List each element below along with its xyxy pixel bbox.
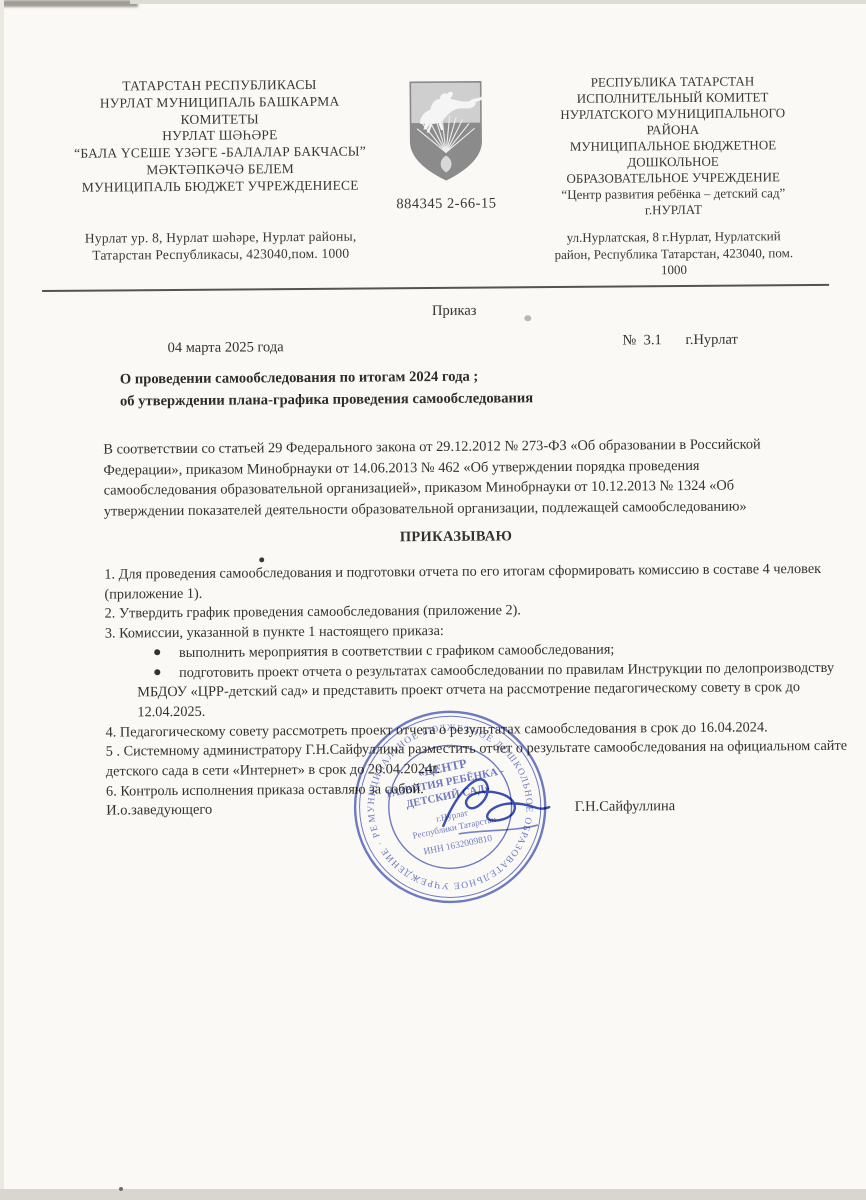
order-title-line: об утверждении плана-графика проведения … xyxy=(120,388,533,413)
divider-line xyxy=(42,284,829,292)
address-line: Татарстан Республикасы, 423040,пом. 1000 xyxy=(65,244,377,263)
order-title: О проведении самообследования по итогам … xyxy=(120,366,534,412)
letterhead-left-line: “БАЛА ҮСЕШЕ ҮЗӘГЕ -БАЛАЛАР БАКЧАСЫ” xyxy=(64,144,376,163)
scanned-order-page: ТАТАРСТАН РЕСПУБЛИКАСЫ НУРЛАТ МУНИЦИПАЛЬ… xyxy=(0,0,866,1200)
order-place: г.Нурлат xyxy=(685,332,737,349)
bullet-icon: ● xyxy=(153,663,162,683)
handwritten-signature xyxy=(429,759,570,855)
resolution-label: ПРИКАЗЫВАЮ xyxy=(23,525,866,549)
phone-number: 884345 2-66-15 xyxy=(388,195,504,213)
scan-speck xyxy=(259,557,264,562)
letterhead-left-line: НУРЛАТ МУНИЦИПАЛЬ БАШКАРМА xyxy=(64,93,376,112)
signer-role: И.о.заведующего xyxy=(106,802,212,820)
doc-type-label: Приказ xyxy=(21,299,866,323)
address-line: Нурлат ур. 8, Нурлат шәһәре, Нурлат райо… xyxy=(65,227,377,246)
signer-name: Г.Н.Сайфуллина xyxy=(575,798,676,816)
order-number: № 3.1 xyxy=(622,332,661,349)
letterhead-left-block: ТАТАРСТАН РЕСПУБЛИКАСЫ НУРЛАТ МУНИЦИПАЛЬ… xyxy=(63,76,377,283)
scan-speck xyxy=(524,315,531,321)
nurlat-coat-of-arms-icon xyxy=(405,78,486,185)
preamble-text: В соответствии со статьей 29 Федеральног… xyxy=(103,434,810,522)
document-content: ТАТАРСТАН РЕСПУБЛИКАСЫ НУРЛАТ МУНИЦИПАЛЬ… xyxy=(0,0,866,1200)
letterhead-right-line: г.НУРЛАТ xyxy=(522,201,824,219)
bullet-icon: ● xyxy=(153,643,162,663)
order-date: 04 марта 2025 года xyxy=(167,339,283,357)
address-line: ул.Нурлатская, 8 г.Нурлат, Нурлатский xyxy=(523,228,825,247)
address-line: район, Республика Татарстан, 423040, пом… xyxy=(523,245,825,264)
letterhead-right-address: ул.Нурлатская, 8 г.Нурлат, Нурлатский ра… xyxy=(523,228,825,280)
letterhead-left-line: МУНИЦИПАЛЬ БЮДЖЕТ УЧРЕЖДЕНИЕСЕ xyxy=(64,177,376,196)
letterhead-right-line: “Центр развития ребёнка – детский сад” xyxy=(522,185,824,203)
letterhead-left-address: Нурлат ур. 8, Нурлат шәһәре, Нурлат райо… xyxy=(65,227,377,263)
letterhead-right-block: РЕСПУБЛИКА ТАТАРСТАН ИСПОЛНИТЕЛЬНЫЙ КОМИ… xyxy=(521,73,825,280)
order-title-line: О проведении самообследования по итогам … xyxy=(120,366,533,391)
letterhead-right-line: НУРЛАТСКОГО МУНИЦИПАЛЬНОГО xyxy=(522,105,824,123)
address-line: 1000 xyxy=(523,261,825,280)
order-item: 1. Для проведения самообследования и под… xyxy=(104,560,852,605)
letterhead: ТАТАРСТАН РЕСПУБЛИКАСЫ НУРЛАТ МУНИЦИПАЛЬ… xyxy=(0,73,863,285)
letterhead-center-block: 884345 2-66-15 xyxy=(387,75,505,281)
